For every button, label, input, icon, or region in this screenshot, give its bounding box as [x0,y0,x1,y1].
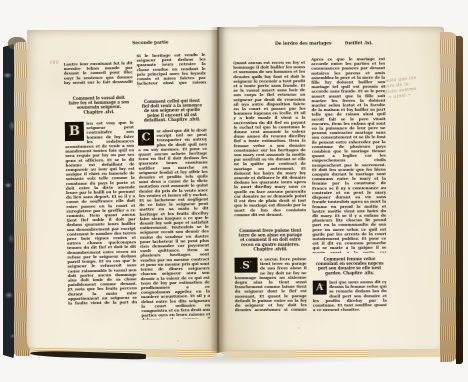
right-page: De lordre des mariages fueillet .lxi. Qu… [218,27,444,352]
chapter-rubric: Comment le vassal doit faire foy et homm… [67,95,131,115]
text-column-1: Lautre iour ensuiuant fut le dit messire… [64,61,138,306]
opening-paragraph: Si le heritage est vendu le seigneur peu… [136,52,206,86]
opening-paragraph: Apres ce que le mariage est accorde entr… [311,57,386,254]
right-leather-board [456,36,463,364]
chapter-rubric: Comment femme vefue conuolant en seconde… [315,257,383,276]
woodcut-initial: S [234,258,257,273]
opening-paragraph: Quant aucun est receu en foy et hommage … [233,60,306,219]
running-title-left: Seconde partie [132,40,180,46]
woodcut-initial: A [313,281,327,295]
text-column-4: Apres ce que le mariage est accorde entr… [311,57,387,312]
chapter-paragraph: Se aucun frere puisne tient terre en par… [234,257,306,313]
chapter-paragraph: Ainsi que nous auons dit cy dessus la fe… [313,280,387,312]
woodcut-initial: B [65,122,84,141]
chapter-paragraph: Bien est vray que le seigneur peut contr… [65,120,138,306]
folio-number: fueillet .lxi. [345,41,381,46]
opening-paragraph: Lautre iour ensuiuant fut le dit messire… [64,61,133,86]
text-column-3: Quant aucun est receu en foy et hommage … [233,60,307,312]
center-gutter-shadow [210,27,226,353]
chapter-text: ien est vray que le seigneur peut contra… [65,120,137,306]
left-page: Seconde partie 160 Lautre iour ensuiuant… [27,30,218,353]
marginal-annotation: nota que les hoirs de la dicte somme ~ a… [381,74,434,125]
book-photo: Seconde partie 160 Lautre iour ensuiuant… [0,0,468,382]
chapter-paragraph: Car ainsi que dit le droit escript nul n… [138,128,211,320]
chapter-rubric: Comment frere puisne tient terre de son … [237,228,303,252]
text-column-2: Si le heritage est vendu le seigneur peu… [136,52,210,319]
chapter-text: ar ainsi que dit le droit escript nul ne… [138,127,210,319]
running-title-right: De lordre des mariages [275,41,351,47]
chapter-rubric: Comment cellui qui tient fief doit venir… [140,98,204,123]
woodcut-initial: C [138,129,154,145]
